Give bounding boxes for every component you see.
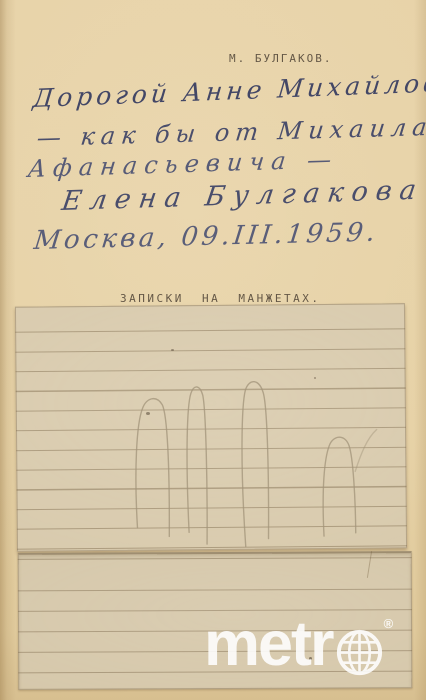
paper-speck xyxy=(146,412,150,415)
book-page-photo: М. БУЛГАКОВ. Дорогой Анне Михайловне — к… xyxy=(0,0,426,700)
typed-title: ЗАПИСКИ НА МАНЖЕТАХ. xyxy=(120,292,320,305)
inscription-line-1: Дорогой Анне Михайловне xyxy=(32,67,426,113)
pencil-finger-4 xyxy=(323,437,356,536)
paper-speck xyxy=(314,377,316,379)
pencil-finger-3 xyxy=(241,382,269,547)
lined-sheet-top xyxy=(15,303,407,551)
paper-speck xyxy=(309,657,312,660)
pencil-stroke xyxy=(355,430,377,472)
inscription-line-2: — как бы от Михаила xyxy=(35,113,426,152)
inscription-signature: Елена Булгакова xyxy=(60,175,426,218)
pencil-finger-2 xyxy=(186,387,207,544)
pencil-hand-outline-sketch xyxy=(16,304,406,550)
paper-speck xyxy=(171,349,174,351)
inscription-date-line: Москва, 09.III.1959. xyxy=(32,218,380,257)
pencil-finger-1 xyxy=(135,399,169,537)
lined-sheet-bottom xyxy=(18,551,413,690)
typed-author: М. БУЛГАКОВ. xyxy=(229,52,332,65)
